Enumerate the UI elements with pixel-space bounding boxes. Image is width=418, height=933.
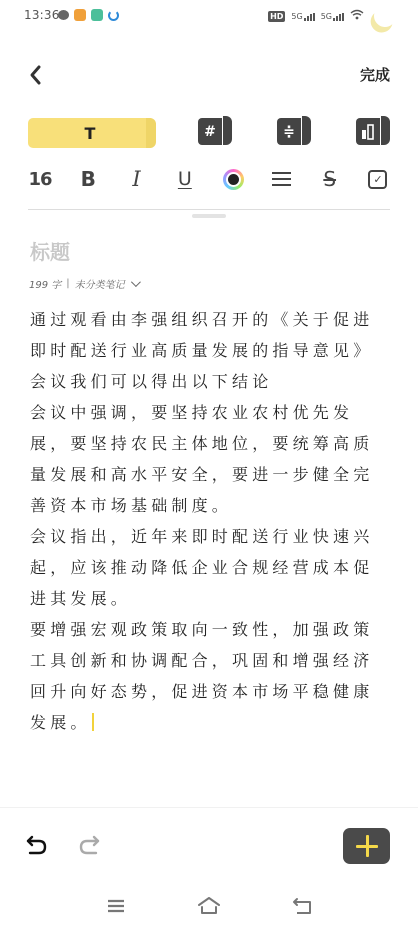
text-cursor — [92, 713, 94, 731]
back-button[interactable] — [24, 63, 48, 87]
tab-layout[interactable] — [356, 116, 390, 146]
tab-text-format[interactable]: T — [28, 118, 152, 148]
notification-icons — [58, 9, 119, 21]
nav-menu-button[interactable] — [103, 893, 129, 919]
align-icon — [272, 172, 291, 186]
paragraph: 会议指出，近年来即时配送行业快速兴起，应该推动降低企业合规经营成本促进其发展。 — [30, 521, 376, 614]
strikethrough-button[interactable]: S — [318, 165, 342, 193]
align-button[interactable] — [269, 165, 293, 193]
text-format-icon: T — [85, 124, 96, 143]
system-indicators: HD 5G 5G — [268, 5, 396, 27]
edit-bottom-bar — [0, 825, 418, 867]
tab-side — [381, 116, 390, 145]
green-app-icon — [91, 9, 103, 21]
undo-icon — [24, 833, 50, 859]
checkbox-icon: ✓ — [368, 170, 387, 189]
text-color-button[interactable] — [221, 165, 245, 193]
menu-icon — [103, 893, 129, 919]
hashtag-icon: # — [198, 118, 222, 145]
wifi-icon — [350, 9, 364, 23]
wechat-icon — [58, 10, 69, 20]
category-label: 未分类笔记 — [75, 276, 125, 291]
layout-icon — [356, 118, 380, 145]
checkbox-button[interactable]: ✓ — [366, 165, 390, 193]
signal-icon-2: 5G — [321, 12, 344, 21]
tab-side — [302, 116, 311, 145]
bottom-divider — [0, 807, 418, 808]
italic-button[interactable]: I — [125, 165, 149, 193]
title-input[interactable]: 标题 — [30, 236, 70, 265]
paragraph-last: 要增强宏观政策取向一致性，加强政策工具创新和协调配合，巩固和增强经济回升向好态势… — [30, 614, 376, 738]
font-size-button[interactable]: 16 — [28, 165, 52, 193]
bold-button[interactable]: B — [76, 165, 100, 193]
nav-home-button[interactable] — [196, 893, 222, 919]
list-format-icon: ≑ — [277, 118, 301, 145]
plus-icon — [356, 835, 378, 857]
toolbar-divider — [28, 209, 390, 210]
tab-side — [223, 116, 232, 145]
editor-header: 完成 — [0, 55, 418, 95]
blue-app-icon — [108, 10, 119, 21]
signal-icon-1: 5G — [291, 12, 314, 21]
back-icon — [289, 893, 315, 919]
redo-icon — [76, 833, 102, 859]
note-meta: 199 字 | 未分类笔记 — [29, 276, 138, 291]
undo-button[interactable] — [24, 833, 52, 861]
system-nav-bar — [0, 893, 418, 923]
status-time: 13:36 — [24, 8, 60, 22]
nav-back-button[interactable] — [289, 893, 315, 919]
paragraph: 要增强宏观政策取向一致性，加强政策工具创新和协调配合，巩固和增强经济回升向好态势… — [30, 620, 373, 732]
word-count: 199 字 — [29, 276, 61, 291]
status-bar: 13:36 HD 5G 5G — [0, 0, 418, 34]
redo-button[interactable] — [76, 833, 104, 861]
color-picker-icon — [223, 169, 244, 190]
tab-list[interactable]: ≑ — [277, 116, 311, 146]
tab-tag[interactable]: # — [198, 116, 232, 146]
weibo-icon — [74, 9, 86, 21]
underline-button[interactable]: U — [173, 165, 197, 193]
meta-separator: | — [66, 278, 69, 289]
note-body-editor[interactable]: 通过观看由李强组织召开的《关于促进即时配送行业高质量发展的指导意见》会议我们可以… — [30, 304, 376, 738]
format-tabs: T # ≑ — [28, 116, 390, 150]
text-toolbar: 16 B I U S ✓ — [28, 164, 390, 194]
hd-icon: HD — [268, 11, 285, 22]
chevron-left-icon — [24, 63, 48, 87]
done-button[interactable]: 完成 — [360, 64, 390, 85]
moon-icon — [371, 2, 399, 30]
home-icon — [196, 893, 222, 919]
add-button[interactable] — [343, 828, 390, 864]
paragraph: 会议中强调，要坚持农业农村优先发展，要坚持农民主体地位，要统筹高质量发展和高水平… — [30, 397, 376, 521]
chevron-down-icon — [131, 277, 141, 287]
drag-handle[interactable] — [192, 214, 226, 218]
paragraph: 通过观看由李强组织召开的《关于促进即时配送行业高质量发展的指导意见》会议我们可以… — [30, 304, 376, 397]
category-dropdown[interactable]: 未分类笔记 — [75, 276, 138, 291]
